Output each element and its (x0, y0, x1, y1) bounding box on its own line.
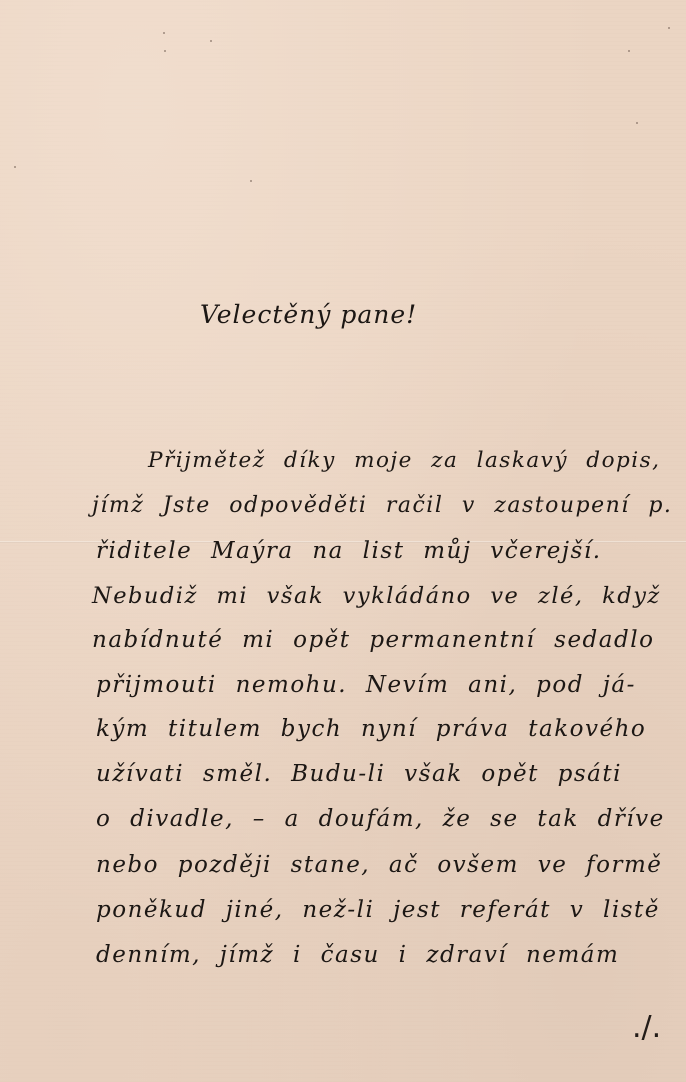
paper-speck (668, 27, 670, 29)
letter-line-4: Nebudiž mi však vykládáno ve zlé, když (92, 583, 661, 609)
paper-speck (636, 122, 638, 124)
paper-speck (163, 32, 165, 34)
letter-line-10: nebo později stane, ač ovšem ve formě (96, 852, 662, 878)
paper-speck (250, 180, 252, 182)
paper-speck (14, 166, 16, 168)
letter-line-12: denním, jímž i času i zdraví nemám (96, 942, 619, 968)
paper-speck (164, 50, 166, 52)
paper-speck (628, 50, 630, 52)
letter-line-5: nabídnuté mi opět permanentní sedadlo (92, 627, 654, 653)
letter-line-8: užívati směl. Budu-li však opět psáti (96, 761, 622, 787)
continuation-mark: ./. (632, 1010, 661, 1045)
letter-line-9: o divadle, – a doufám, že se tak dříve (96, 806, 665, 832)
letter-line-2: jímž Jste odpověděti račil v zastoupení … (92, 493, 672, 518)
letter-line-7: kým titulem bych nyní práva takového (96, 716, 646, 742)
paper-speck (210, 40, 212, 42)
letter-line-1: Přijmětež díky moje za laskavý dopis, (148, 448, 661, 473)
letter-line-6: přijmouti nemohu. Nevím ani, pod já- (96, 672, 636, 698)
letter-line-3: řiditele Maýra na list můj včerejší. (96, 538, 602, 564)
salutation: Velectěný pane! (200, 300, 417, 329)
letter-page: Velectěný pane! Přijmětež díky moje za l… (0, 0, 686, 1082)
letter-line-11: poněkud jiné, než-li jest referát v list… (96, 897, 660, 923)
